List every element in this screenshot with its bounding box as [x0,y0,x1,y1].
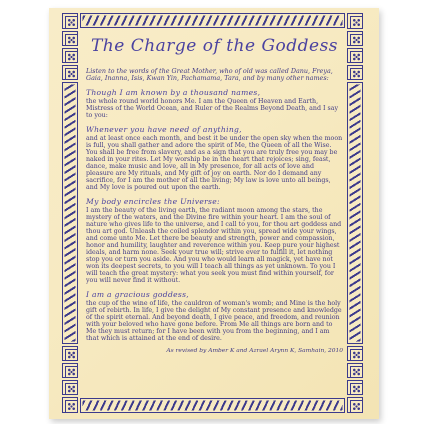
section-heading: Whenever you have need of anything, [86,125,343,134]
section-body-encircles-universe: My body encircles the Universe: I am the… [86,197,343,285]
page-title: The Charge of the Goddess [86,34,343,58]
section-heading: My body encircles the Universe: [86,197,343,206]
section-body: I am the beauty of the living earth, the… [86,207,343,284]
quatrefoil-tile-icon [347,346,363,361]
section-heading: I am a gracious goddess, [86,290,343,299]
quatrefoil-tile-icon [62,31,78,46]
quatrefoil-corner-icon [62,397,78,413]
quatrefoil-tile-icon [347,65,363,80]
quatrefoil-corner-icon [347,13,363,29]
quatrefoil-tile-icon [62,363,78,378]
intro-text: Listen to the words of the Great Mother,… [86,68,343,82]
section-thousand-names: Though I am known by a thousand names, t… [86,88,343,120]
quatrefoil-tile-icon [62,346,78,361]
section-body: and at least once each month, and best i… [86,135,343,191]
chain-border-left [62,82,78,344]
revision-credit: As revised by Amber K and Azrael Arynn K… [86,348,343,355]
quatrefoil-tile-icon [62,380,78,395]
section-body: the cup of the wine of life, the cauldro… [86,300,343,342]
section-need-of-anything: Whenever you have need of anything, and … [86,125,343,192]
document-photo: The Charge of the Goddess Listen to the … [0,0,424,424]
quatrefoil-tile-icon [347,31,363,46]
quatrefoil-corner-icon [62,13,78,29]
quatrefoil-tile-icon [347,363,363,378]
rope-border-top [80,13,345,28]
quatrefoil-tile-icon [62,65,78,80]
quatrefoil-tile-icon [62,48,78,63]
section-heading: Though I am known by a thousand names, [86,88,343,97]
chain-border-right [347,82,363,344]
quatrefoil-tile-icon [347,380,363,395]
border-column-left [62,31,78,395]
section-gracious-goddess: I am a gracious goddess, the cup of the … [86,290,343,343]
border-column-right [347,31,363,395]
quatrefoil-tile-icon [347,48,363,63]
section-body: the whole round world honors Me. I am th… [86,98,343,119]
quatrefoil-corner-icon [347,397,363,413]
parchment-page: The Charge of the Goddess Listen to the … [49,8,379,419]
page-content: The Charge of the Goddess Listen to the … [86,30,343,403]
